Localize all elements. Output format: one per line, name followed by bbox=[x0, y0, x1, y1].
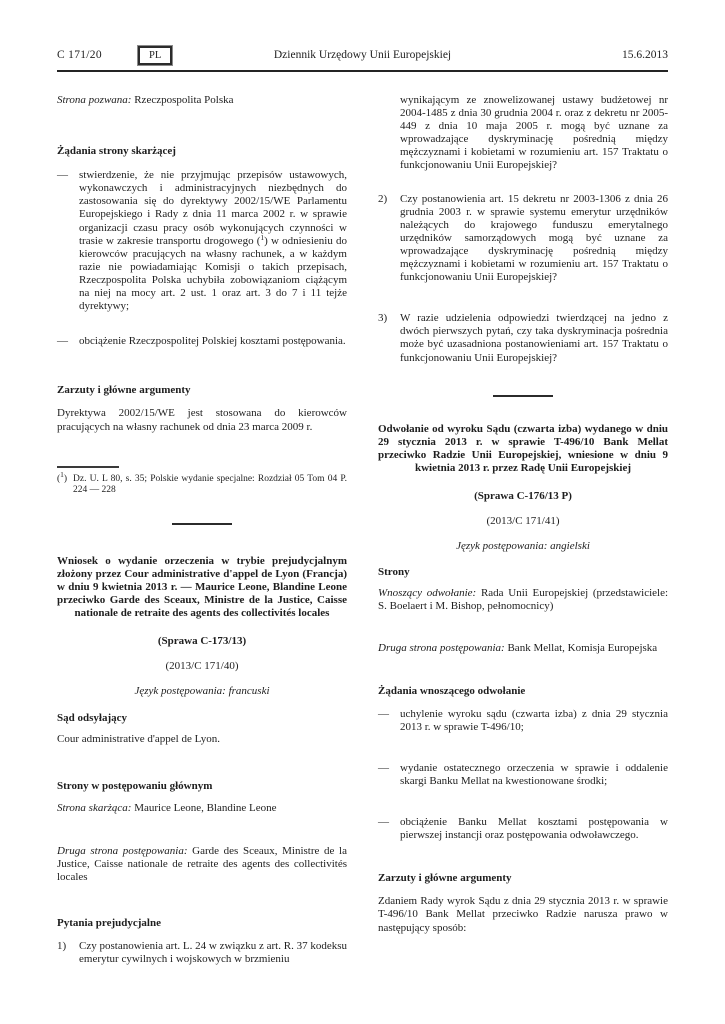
pleas-heading: Zarzuty i główne argumenty bbox=[57, 384, 347, 397]
dash-marker: — bbox=[57, 335, 68, 348]
section-divider bbox=[172, 523, 232, 525]
dash-marker: — bbox=[57, 169, 68, 182]
form-of-order-item: —wydanie ostatecznego orzeczenia w spraw… bbox=[378, 762, 668, 788]
footnote-paren-close: ) bbox=[64, 474, 67, 484]
item-number: 1) bbox=[57, 940, 66, 953]
applicant-value: Maurice Leone, Blandine Leone bbox=[134, 802, 276, 814]
referring-court: Cour administrative d'appel de Lyon. bbox=[57, 733, 347, 746]
questions-heading: Pytania prejudycjalne bbox=[57, 917, 347, 930]
respondent-line: Druga strona postępowania: Garde des Sce… bbox=[57, 845, 347, 884]
dash-marker: — bbox=[378, 816, 389, 829]
defendant-value: Rzeczpospolita Polska bbox=[134, 94, 233, 106]
question-text: W razie udzielenia odpowiedzi twierdzące… bbox=[400, 312, 668, 363]
left-column: Strona pozwana: Rzeczpospolita Polska Żą… bbox=[57, 88, 347, 966]
case-c176-oj-reference: (2013/C 171/41) bbox=[378, 515, 668, 528]
claim-item: —stwierdzenie, że nie przyjmując przepis… bbox=[57, 169, 347, 313]
question-text: Czy postanowienia art. 15 dekretu nr 200… bbox=[400, 193, 668, 284]
form-of-order-item: —uchylenie wyroku sądu (czwarta izba) z … bbox=[378, 708, 668, 734]
footnote-block: (1)Dz. U. L 80, s. 35; Polskie wydanie s… bbox=[57, 466, 347, 497]
other-party-value: Bank Mellat, Komisja Europejska bbox=[507, 642, 657, 654]
other-party-label: Druga strona postępowania: bbox=[378, 642, 505, 654]
footnote-rule bbox=[57, 466, 119, 468]
right-column: wynikającym ze znowelizowanej ustawy bud… bbox=[378, 88, 668, 966]
case-c173-number: (Sprawa C-173/13) bbox=[57, 635, 347, 648]
page-content: Strona pozwana: Rzeczpospolita Polska Żą… bbox=[57, 88, 668, 966]
question-text: Czy postanowienia art. L. 24 w związku z… bbox=[79, 940, 347, 965]
applicant-label: Strona skarżąca: bbox=[57, 802, 131, 814]
question-item: 1)Czy postanowienia art. L. 24 w związku… bbox=[57, 940, 347, 966]
form-text: uchylenie wyroku sądu (czwarta izba) z d… bbox=[400, 708, 668, 733]
defendant-line: Strona pozwana: Rzeczpospolita Polska bbox=[57, 94, 347, 107]
footnote-marker: (1) bbox=[57, 474, 67, 486]
header-rule bbox=[57, 70, 668, 72]
respondent-label: Druga strona postępowania: bbox=[57, 845, 188, 857]
footnote: (1)Dz. U. L 80, s. 35; Polskie wydanie s… bbox=[57, 474, 347, 497]
pleas-text: Dyrektywa 2002/15/WE jest stosowana do k… bbox=[57, 407, 347, 433]
item-number: 2) bbox=[378, 193, 387, 206]
question-text-continuation: wynikającym ze znowelizowanej ustawy bud… bbox=[400, 94, 668, 171]
form-of-order-item: —obciążenie Banku Mellat kosztami postęp… bbox=[378, 816, 668, 842]
dash-marker: — bbox=[378, 708, 389, 721]
pleas-text: Zdaniem Rady wyrok Sądu z dnia 29 styczn… bbox=[378, 895, 668, 934]
claims-heading: Żądania strony skarżącej bbox=[57, 145, 347, 158]
case-c173-language: Język postępowania: francuski bbox=[57, 685, 347, 698]
appellant-label: Wnoszący odwołanie: bbox=[378, 587, 476, 599]
case-c173-oj-reference: (2013/C 171/40) bbox=[57, 660, 347, 673]
journal-title: Dziennik Urzędowy Unii Europejskiej bbox=[57, 49, 668, 61]
claim-text: obciążenie Rzeczpospolitej Polskiej kosz… bbox=[79, 335, 346, 347]
case-c173-title: Wniosek o wydanie orzeczenia w trybie pr… bbox=[57, 555, 347, 620]
case-c176-title: Odwołanie od wyroku Sądu (czwarta izba) … bbox=[378, 423, 668, 475]
claim-item: —obciążenie Rzeczpospolitej Polskiej kos… bbox=[57, 335, 347, 348]
footnote-text: Dz. U. L 80, s. 35; Polskie wydanie spec… bbox=[73, 474, 347, 496]
journal-page: C 171/20 PL Dziennik Urzędowy Unii Europ… bbox=[0, 0, 725, 1024]
form-text: wydanie ostatecznego orzeczenia w sprawi… bbox=[400, 762, 668, 787]
main-parties-heading: Strony w postępowaniu głównym bbox=[57, 780, 347, 793]
appellant-line: Wnoszący odwołanie: Rada Unii Europejski… bbox=[378, 587, 668, 613]
dash-marker: — bbox=[378, 762, 389, 775]
other-party-line: Druga strona postępowania: Bank Mellat, … bbox=[378, 642, 668, 655]
item-number: 3) bbox=[378, 312, 387, 325]
pleas-heading: Zarzuty i główne argumenty bbox=[378, 872, 668, 885]
case-c176-number: (Sprawa C-176/13 P) bbox=[378, 490, 668, 503]
issue-date: 15.6.2013 bbox=[622, 49, 668, 61]
question-item: 3)W razie udzielenia odpowiedzi twierdzą… bbox=[378, 312, 668, 364]
parties-heading: Strony bbox=[378, 566, 668, 579]
forms-of-order-heading: Żądania wnoszącego odwołanie bbox=[378, 685, 668, 698]
page-header: C 171/20 PL Dziennik Urzędowy Unii Europ… bbox=[57, 46, 668, 68]
form-text: obciążenie Banku Mellat kosztami postępo… bbox=[400, 816, 668, 841]
defendant-label: Strona pozwana: bbox=[57, 94, 131, 106]
question-continuation: wynikającym ze znowelizowanej ustawy bud… bbox=[378, 94, 668, 173]
applicant-line: Strona skarżąca: Maurice Leone, Blandine… bbox=[57, 802, 347, 815]
case-c176-language: Język postępowania: angielski bbox=[378, 540, 668, 553]
referring-court-heading: Sąd odsyłający bbox=[57, 712, 347, 725]
section-divider bbox=[493, 395, 553, 397]
question-item: 2)Czy postanowienia art. 15 dekretu nr 2… bbox=[378, 193, 668, 285]
